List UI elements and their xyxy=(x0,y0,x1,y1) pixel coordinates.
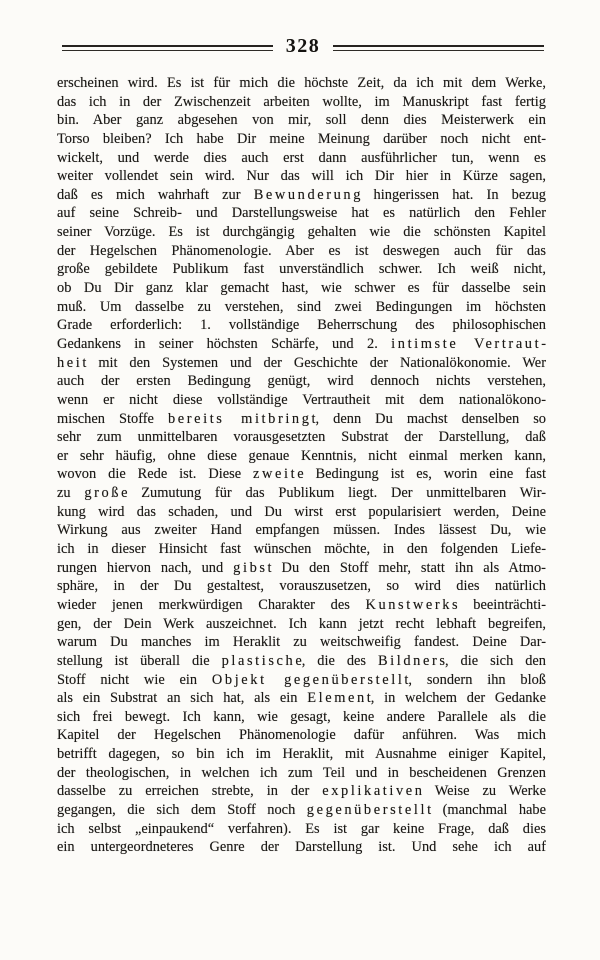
text-segment: , die des xyxy=(302,653,378,669)
text-line: gegangen, die sich dem Stoff noch gegenü… xyxy=(57,801,546,820)
text-segment: das ich in der Zwischenzeit arbeiten wol… xyxy=(57,94,546,110)
text-segment: , sondern ihn bloß xyxy=(408,672,546,688)
text-line: warum Du manches im Heraklit zu weitschw… xyxy=(57,633,546,652)
text-line: rungen hiervon nach, und gibst Du den St… xyxy=(57,559,546,578)
text-segment: ich selbst „einpaukend“ verfahren). Es i… xyxy=(57,821,546,837)
text-segment: , denn Du machst denselben so xyxy=(316,411,546,427)
text-segment: als ein Substrat an sich hat, als ein xyxy=(57,690,307,706)
text-segment: beeinträchti- xyxy=(458,597,546,613)
text-line: Wirkung aus zweiter Hand empfangen müsse… xyxy=(57,521,546,540)
text-segment: ich in dieser Hinsicht fast wünschen möc… xyxy=(57,541,546,557)
text-line: kung wird das schaden, und Du wirst erst… xyxy=(57,503,546,522)
text-segment: dasselbe zu erreichen strebte, in der xyxy=(57,783,322,799)
text-line: seiner Vorzüge. Es ist durchgängig gehal… xyxy=(57,223,546,242)
text-line: stellung ist überall die plastische, die… xyxy=(57,652,546,671)
header-rule-right xyxy=(333,45,544,51)
text-line: zu große Zumutung für das Publikum liegt… xyxy=(57,484,546,503)
text-segment: ob Du Dir ganz klar gemacht hast, wie sc… xyxy=(57,280,546,296)
text-segment: , die sich den xyxy=(445,653,546,669)
text-segment: rungen hiervon nach, und xyxy=(57,560,233,576)
emphasized-text: zweite xyxy=(253,466,306,482)
text-segment: Zumutung für das Publikum liegt. Der unm… xyxy=(128,485,547,501)
text-segment: mischen Stoffe xyxy=(57,411,168,427)
text-segment: mit den Systemen und der Geschichte der … xyxy=(86,355,546,371)
text-line: Gedankens in seiner höchsten Schärfe, un… xyxy=(57,335,546,354)
text-segment: zu xyxy=(57,485,84,501)
text-line: als ein Substrat an sich hat, als ein El… xyxy=(57,689,546,708)
text-line: Stoff nicht wie ein Objekt gegenüberstel… xyxy=(57,671,546,690)
text-segment: betrifft dagegen, so bin ich im Heraklit… xyxy=(57,746,546,762)
text-line: wovon die Rede ist. Diese zweite Bedingu… xyxy=(57,465,546,484)
text-segment: Stoff nicht wie ein xyxy=(57,672,212,688)
text-line: Kapitel der Hegelschen Phänomenologie da… xyxy=(57,726,546,745)
text-segment: Weise zu Werke xyxy=(422,783,546,799)
text-line: auf seine Schreib- und Darstellungsweise… xyxy=(57,204,546,223)
text-line: wieder jenen merkwürdigen Charakter des … xyxy=(57,596,546,615)
emphasized-text: Bildners xyxy=(378,653,448,669)
text-line: gen, der Dein Werk auszeichnet. Ich kann… xyxy=(57,615,546,634)
text-segment: Kapitel der Hegelschen Phänomenologie da… xyxy=(57,727,546,743)
text-line: Grade erforderlich: 1. vollständige Behe… xyxy=(57,316,546,335)
text-line: wickelt, und werde dies auch erst dann a… xyxy=(57,149,546,168)
text-segment: sphäre, in der Du gestaltest, vorauszuse… xyxy=(57,578,546,594)
text-segment: seiner Vorzüge. Es ist durchgängig gehal… xyxy=(57,224,546,240)
text-segment: (manchmal habe xyxy=(431,802,546,818)
header-rule-left xyxy=(62,45,273,51)
text-segment: wenn er nicht diese vollständige Vertrau… xyxy=(57,392,546,408)
text-segment: gen, der Dein Werk auszeichnet. Ich kann… xyxy=(57,616,546,632)
text-segment: der theologischen, in welchen ich zum Te… xyxy=(57,765,546,781)
text-line: Torso bleiben? Ich habe Dir meine Meinun… xyxy=(57,130,546,149)
text-segment: bin. Aber ganz abgesehen von mir, soll d… xyxy=(57,112,546,128)
text-line: bin. Aber ganz abgesehen von mir, soll d… xyxy=(57,111,546,130)
text-line: mischen Stoffe bereits mitbringt, denn D… xyxy=(57,410,546,429)
text-segment: sehr zum unmittelbaren vorausgesetzten S… xyxy=(57,429,546,445)
emphasized-text: gegenüberstellt xyxy=(307,802,434,818)
text-line: ein untergeordneteres Genre der Darstell… xyxy=(57,838,546,857)
text-segment: ein untergeordneteres Genre der Darstell… xyxy=(57,839,546,855)
text-segment: warum Du manches im Heraklit zu weitschw… xyxy=(57,634,546,650)
scanned-book-page: 328 erscheinen wird. Es ist für mich die… xyxy=(0,0,600,960)
emphasized-text: bereits mitbringt xyxy=(168,411,318,427)
text-line: sphäre, in der Du gestaltest, vorauszuse… xyxy=(57,577,546,596)
text-segment: wieder jenen merkwürdigen Charakter des xyxy=(57,597,365,613)
emphasized-text: Bewunderung xyxy=(254,187,363,203)
text-line: daß es mich wahrhaft zur Bewunderung hin… xyxy=(57,186,546,205)
emphasized-text: Kunstwerks xyxy=(365,597,460,613)
text-segment: kung wird das schaden, und Du wirst erst… xyxy=(57,504,546,520)
emphasized-text: heit xyxy=(57,355,89,371)
page-number: 328 xyxy=(286,35,321,58)
text-segment: wickelt, und werde dies auch erst dann a… xyxy=(57,150,546,166)
emphasized-text: große xyxy=(84,485,130,501)
text-segment: weiter vollendet sein wird. Nur das will… xyxy=(57,168,546,184)
emphasized-text: gibst xyxy=(233,560,274,576)
text-line: betrifft dagegen, so bin ich im Heraklit… xyxy=(57,745,546,764)
emphasized-text: explikativen xyxy=(322,783,424,799)
text-segment: er sehr häufig, ohne diese genaue Kenntn… xyxy=(57,448,546,464)
text-line: weiter vollendet sein wird. Nur das will… xyxy=(57,167,546,186)
text-line: wenn er nicht diese vollständige Vertrau… xyxy=(57,391,546,410)
text-segment: Bedingung ist es, worin eine fast xyxy=(304,466,546,482)
emphasized-text: plastische xyxy=(222,653,305,669)
text-segment: stellung ist überall die xyxy=(57,653,222,669)
text-segment: Torso bleiben? Ich habe Dir meine Meinun… xyxy=(57,131,546,147)
text-segment: daß es mich wahrhaft zur xyxy=(57,187,254,203)
text-line: ich in dieser Hinsicht fast wünschen möc… xyxy=(57,540,546,559)
text-segment: Grade erforderlich: 1. vollständige Behe… xyxy=(57,317,546,333)
text-block: erscheinen wird. Es ist für mich die höc… xyxy=(57,74,546,857)
text-segment: auf seine Schreib- und Darstellungsweise… xyxy=(57,205,546,221)
text-line: er sehr häufig, ohne diese genaue Kenntn… xyxy=(57,447,546,466)
text-line: heit mit den Systemen und der Geschichte… xyxy=(57,354,546,373)
text-line: große gebildete Publikum fast unverständ… xyxy=(57,260,546,279)
text-segment: Wirkung aus zweiter Hand empfangen müsse… xyxy=(57,522,546,538)
text-segment: Du den Stoff mehr, statt ihn als Atmo- xyxy=(272,560,546,576)
text-segment: auch der ersten Bedingung genügt, wird d… xyxy=(57,373,546,389)
text-line: das ich in der Zwischenzeit arbeiten wol… xyxy=(57,93,546,112)
text-segment: sich frei bewegt. Ich kann, wie gesagt, … xyxy=(57,709,546,725)
text-line: der theologischen, in welchen ich zum Te… xyxy=(57,764,546,783)
text-line: ich selbst „einpaukend“ verfahren). Es i… xyxy=(57,820,546,839)
text-segment: der Hegelschen Phänomenologie. Aber es i… xyxy=(57,243,546,259)
emphasized-text: Element xyxy=(307,690,373,706)
text-line: auch der ersten Bedingung genügt, wird d… xyxy=(57,372,546,391)
text-line: dasselbe zu erreichen strebte, in der ex… xyxy=(57,782,546,801)
text-segment: muß. Um dasselbe zu verstehen, sind zwei… xyxy=(57,299,546,315)
text-line: der Hegelschen Phänomenologie. Aber es i… xyxy=(57,242,546,261)
text-segment: wovon die Rede ist. Diese xyxy=(57,466,253,482)
text-segment: Gedankens in seiner höchsten Schärfe, un… xyxy=(57,336,391,352)
text-segment: , in welchem der Gedanke xyxy=(371,690,546,706)
emphasized-text: intimste Vertraut- xyxy=(391,336,546,352)
emphasized-text: Objekt gegenüberstellt xyxy=(212,672,411,688)
text-segment: erscheinen wird. Es ist für mich die höc… xyxy=(57,75,546,91)
text-segment: hingerissen hat. In bezug xyxy=(360,187,546,203)
text-line: sehr zum unmittelbaren vorausgesetzten S… xyxy=(57,428,546,447)
text-line: muß. Um dasselbe zu verstehen, sind zwei… xyxy=(57,298,546,317)
text-line: ob Du Dir ganz klar gemacht hast, wie sc… xyxy=(57,279,546,298)
text-line: sich frei bewegt. Ich kann, wie gesagt, … xyxy=(57,708,546,727)
text-line: erscheinen wird. Es ist für mich die höc… xyxy=(57,74,546,93)
page-header: 328 xyxy=(62,36,544,60)
text-segment: gegangen, die sich dem Stoff noch xyxy=(57,802,307,818)
text-segment: große gebildete Publikum fast unverständ… xyxy=(57,261,546,277)
